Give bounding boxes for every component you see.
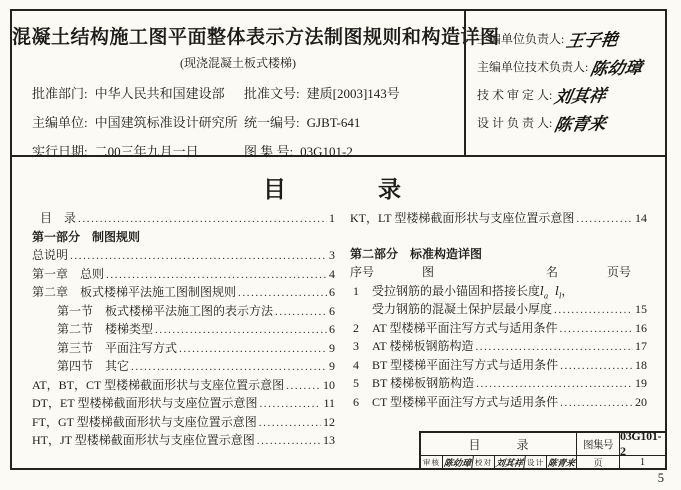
dot-leader [131,357,327,377]
toc-entry-text: 第三节 平面注写方式 [57,339,177,358]
column-label-figure: 图 [422,263,434,282]
title-block: 目 录 图集号 03G101-2 审核 陈幼璋 校对 刘其祥 设计 陈青来 页 … [419,431,665,468]
book-page-number: 5 [658,471,664,486]
toc-entry-text: 第二章 板式楼梯平法施工图制图规则 [32,283,236,302]
toc-entry-seq: 1 [350,282,372,301]
toc-entry: 2AT 型楼梯平面注写方式与适用条件16 [350,319,647,338]
toc-entry: 5BT 楼梯板钢筋构造19 [350,374,647,393]
toc-entry: HT，JT 型楼梯截面形状与支座位置示意图13 [32,431,335,450]
toc-entry: 第二节 楼梯类型6 [32,320,335,339]
signature-label: 主编单位负责人: [477,30,564,47]
dot-leader [106,265,327,285]
toc-entry-text: 受力钢筋的混凝土保护层最小厚度 [372,300,552,319]
toc-entry-page: 3 [329,246,335,265]
toc-entry-seq: 5 [350,374,372,393]
toc-entry: 3AT 楼梯板钢筋构造17 [350,337,647,356]
toc-entry: 4BT 型楼梯平面注写方式与适用条件18 [350,356,647,375]
page-border-frame: 混凝土结构施工图平面整体表示方法制图规则和构造详图 (现浇混凝土板式楼梯) 批准… [10,9,667,470]
signature-label: 技 术 审 定 人: [477,86,552,103]
column-gap [350,228,647,245]
title-block-sheet-name: 目 录 [421,433,577,456]
signature-label: 主编单位技术负责人: [477,58,588,75]
dot-leader [554,300,633,320]
info-label: 图 集 号: [244,144,293,159]
signature: 王子艳 [565,25,621,52]
review-signature: 陈幼璋 [442,456,474,469]
toc-entry-seq: 2 [350,319,372,338]
toc-entry-text: AT 型楼梯平面注写方式与适用条件 [372,319,557,338]
toc-entry: 目 录1 [32,209,335,228]
toc-entry-text: 总说明 [32,246,68,265]
dot-leader [559,319,633,339]
toc-entry-page: 1 [329,209,335,228]
toc-entry: 1 受拉钢筋的最小锚固和搭接长度lall， [350,282,647,301]
column-label-name: 名 [546,263,558,282]
document-header: 混凝土结构施工图平面整体表示方法制图规则和构造详图 (现浇混凝土板式楼梯) 批准… [12,11,665,157]
toc-entry: 第二章 板式楼梯平法施工图制图规则6 [32,283,335,302]
toc-entry: 第三节 平面注写方式9 [32,339,335,358]
toc-entry-seq: 6 [350,393,372,412]
dot-leader [179,339,327,359]
dot-leader [560,393,633,413]
dot-leader [475,337,633,357]
toc-entry-text: 目 录 [40,209,76,228]
sheet-page-label: 页 [577,456,620,469]
dot-leader [155,320,327,340]
signature-row: 技 术 审 定 人:刘其祥 [477,80,661,108]
toc-entry-text: AT 楼梯板钢筋构造 [372,337,473,356]
toc-entry-text: BT 楼梯板钢筋构造 [372,374,474,393]
dot-leader [259,413,321,433]
title-block-signature-strip: 审核 陈幼璋 校对 刘其祥 设计 陈青来 [421,456,577,469]
toc-entry-page: 20 [635,393,647,412]
approval-info-grid: 批准部门:中华人民共和国建设部 批准文号:建质[2003]143号 主编单位:中… [12,83,464,160]
document-subtitle: (现浇混凝土板式楼梯) [12,54,464,71]
toc-entry-page: 19 [635,374,647,393]
dot-leader [259,394,321,414]
toc-entry-page: 10 [323,376,335,395]
toc-entry-page: 4 [329,265,335,284]
dot-leader [560,356,633,376]
dot-leader [238,283,327,303]
toc-entry-text: DT，ET 型楼梯截面形状与支座位置示意图 [32,394,257,413]
toc-entry-page: 6 [329,320,335,339]
dot-leader [78,209,327,229]
design-label: 设计 [525,456,547,469]
atlas-no-label: 图集号 [577,433,620,456]
atlas-no: 图 集 号:03G101-2 [244,141,464,160]
toc-entry-seq: 4 [350,356,372,375]
toc-entry-text: 第四节 其它 [57,357,129,376]
toc-entry-page: 17 [635,337,647,356]
dot-leader [70,246,327,266]
chief-editor-org: 主编单位:中国建筑标准设计研究所 [32,112,244,131]
signature: 刘其祥 [553,81,609,108]
toc-heading: 目 录 [12,171,652,204]
toc-entry: DT，ET 型楼梯截面形状与支座位置示意图11 [32,394,335,413]
signature-row: 设 计 负 责 人:陈青来 [477,108,661,136]
toc-entry: FT，GT 型楼梯截面形状与支座位置示意图12 [32,413,335,432]
toc-entry: KT，LT 型楼梯截面形状与支座位置示意图14 [350,209,647,228]
toc-entry: 第一节 板式楼梯平法施工图的表示方法6 [32,302,335,321]
toc-part-heading: 第二部分 标准构造详图 [350,245,647,264]
toc-entry: AT，BT，CT 型楼梯截面形状与支座位置示意图10 [32,376,335,395]
info-value: 中华人民共和国建设部 [95,86,225,101]
toc-column-left: 目 录1 第一部分 制图规则 总说明3 第一章 总则4 第二章 板式楼梯平法施工… [32,209,335,450]
unified-no: 统一编号:GJBT-641 [244,112,464,131]
info-value: 建质[2003]143号 [307,86,400,101]
column-label-seq: 序号 [350,263,374,282]
toc-entry-page: 14 [635,209,647,228]
check-signature: 刘其祥 [494,456,526,469]
toc-entry-page: 18 [635,356,647,375]
part2-columns-header: 序号 图 名 页号 [350,263,647,282]
toc-column-right: KT，LT 型楼梯截面形状与支座位置示意图14 第二部分 标准构造详图 序号 图… [350,209,647,411]
info-value: 03G101-2 [300,144,353,159]
atlas-no-value: 03G101-2 [620,433,665,456]
toc-entry-page: 12 [323,413,335,432]
toc-entry-text: KT，LT 型楼梯截面形状与支座位置示意图 [350,209,574,228]
toc-entry: 第四节 其它9 [32,357,335,376]
info-label: 实行日期: [32,144,88,159]
toc-entry-page: 11 [323,394,335,413]
dot-leader [476,374,633,394]
document-title: 混凝土结构施工图平面整体表示方法制图规则和构造详图 [12,22,464,49]
info-value: GJBT-641 [307,115,361,130]
toc-entry-text: CT 型楼梯平面注写方式与适用条件 [372,393,558,412]
toc-entry-text: BT 型楼梯平面注写方式与适用条件 [372,356,558,375]
approval-dept: 批准部门:中华人民共和国建设部 [32,83,244,102]
signature-label: 设 计 负 责 人: [477,114,552,131]
column-label-page: 页号 [607,263,631,282]
signature: 陈青来 [553,109,609,136]
dot-leader [275,302,327,322]
toc-part-heading: 第一部分 制图规则 [32,228,335,247]
toc-entry-page: 15 [635,300,647,319]
info-label: 批准部门: [32,86,88,101]
toc-entry-text: HT，JT 型楼梯截面形状与支座位置示意图 [32,431,255,450]
header-title-area: 混凝土结构施工图平面整体表示方法制图规则和构造详图 (现浇混凝土板式楼梯) 批准… [12,11,464,155]
signature: 陈幼璋 [589,53,645,80]
toc-entry-page: 6 [329,283,335,302]
toc-entry: 受力钢筋的混凝土保护层最小厚度 15 [350,300,647,319]
effective-date: 实行日期:二00三年九月一日 [32,141,244,160]
dot-leader [286,376,321,396]
approval-doc-no: 批准文号:建质[2003]143号 [244,83,464,102]
design-signature: 陈青来 [546,456,577,469]
toc-entry-text: AT，BT，CT 型楼梯截面形状与支座位置示意图 [32,376,284,395]
signature-row: 主编单位负责人:王子艳 [477,24,661,52]
signature-row: 主编单位技术负责人:陈幼璋 [477,52,661,80]
toc-entry-text: 第一章 总则 [32,265,104,284]
info-label: 批准文号: [244,86,300,101]
check-label: 校对 [473,456,495,469]
toc-entry-text: 第一节 板式楼梯平法施工图的表示方法 [57,302,273,321]
info-label: 统一编号: [244,115,300,130]
sheet-page-number: 1 [620,456,665,469]
toc-entry: 第一章 总则4 [32,265,335,284]
toc-entry-page: 9 [329,357,335,376]
toc-entry-seq: 3 [350,337,372,356]
info-label: 主编单位: [32,115,88,130]
toc-entry-page: 13 [323,431,335,450]
info-value: 二00三年九月一日 [95,144,199,159]
dot-leader [257,431,321,451]
dot-leader [576,209,633,229]
toc-entry-text: FT，GT 型楼梯截面形状与支座位置示意图 [32,413,257,432]
scanned-atlas-page: 混凝土结构施工图平面整体表示方法制图规则和构造详图 (现浇混凝土板式楼梯) 批准… [0,0,681,490]
info-value: 中国建筑标准设计研究所 [95,115,238,130]
toc-entry: 总说明3 [32,246,335,265]
toc-entry-page: 16 [635,319,647,338]
toc-entry: 6CT 型楼梯平面注写方式与适用条件20 [350,393,647,412]
toc-entry-page: 9 [329,339,335,358]
toc-entry-text: 第二节 楼梯类型 [57,320,153,339]
toc-entry-page: 6 [329,302,335,321]
signature-panel: 主编单位负责人:王子艳 主编单位技术负责人:陈幼璋 技 术 审 定 人:刘其祥 … [464,11,665,155]
review-label: 审核 [421,456,443,469]
